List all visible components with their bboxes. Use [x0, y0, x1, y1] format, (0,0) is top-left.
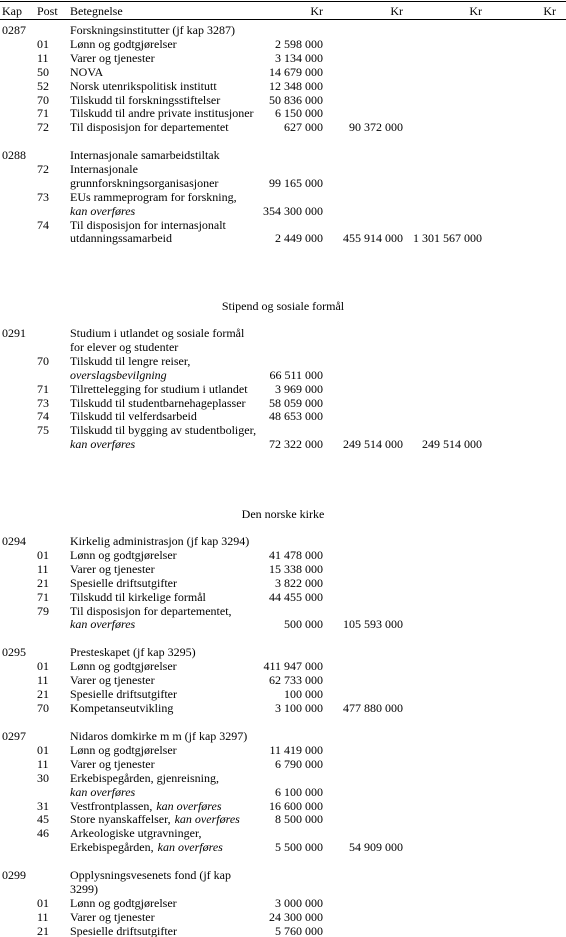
- item-description: Kompetanseutvikling: [70, 701, 173, 715]
- item-description-text: NOVA: [70, 65, 103, 79]
- amount-c1: 16 600 000: [213, 799, 323, 813]
- kap-number: 0294: [2, 534, 26, 548]
- item-description: Til disposisjon for departementet,: [70, 604, 232, 618]
- item-description: NOVA: [70, 65, 103, 79]
- amount-c1: 12 348 000: [213, 79, 323, 93]
- item-description: Lønn og godtgjørelser: [70, 548, 177, 562]
- item-description-text: Til disposisjon for departementet: [70, 120, 229, 134]
- post-number: 79: [37, 604, 49, 618]
- item-description: 3299): [70, 882, 98, 896]
- item-description: kan overføres: [70, 204, 135, 218]
- amount-c3: 249 514 000: [372, 437, 482, 451]
- item-description-text: Til disposisjon for internasjonalt: [70, 218, 226, 232]
- amount-c1: 3 969 000: [213, 382, 323, 396]
- item-description-text: Varer og tjenester: [70, 757, 155, 771]
- post-number: 11: [37, 673, 49, 687]
- item-description: kan overføres: [70, 617, 135, 631]
- item-description: Varer og tjenester: [70, 562, 155, 576]
- item-description: Studium i utlandet og sosiale formål: [70, 326, 244, 340]
- post-number: 01: [37, 659, 49, 673]
- amount-c1: 6 150 000: [213, 106, 323, 120]
- budget-table-page: Kap Post Betegnelse Kr Kr Kr Kr 0287Fors…: [0, 0, 566, 937]
- item-description-text: Kompetanseutvikling: [70, 701, 173, 715]
- kap-number: 0299: [2, 868, 26, 882]
- item-description-text: 3299): [70, 882, 98, 896]
- kap-number: 0288: [2, 148, 26, 162]
- amount-c1: 44 455 000: [213, 590, 323, 604]
- amount-c1: 5 760 000: [213, 924, 323, 937]
- item-description: Spesielle driftsutgifter: [70, 924, 177, 937]
- item-description-text: Internasjonale: [70, 162, 138, 176]
- item-description-text: Varer og tjenester: [70, 673, 155, 687]
- post-number: 72: [37, 120, 49, 134]
- item-description-text: Tilskudd til velferdsarbeid: [70, 409, 197, 423]
- post-number: 73: [37, 396, 49, 410]
- item-description-text: Erkebispegården,: [70, 840, 154, 854]
- column-header-kr-4: Kr: [446, 4, 556, 18]
- item-description: Internasjonale samarbeidstiltak: [70, 148, 220, 162]
- post-number: 01: [37, 37, 49, 51]
- amount-c1: 6 790 000: [213, 757, 323, 771]
- item-description: Vestfrontplassen,kan overføres: [70, 799, 222, 813]
- item-description-text: Arkeologiske utgravninger,: [70, 826, 201, 840]
- post-number: 46: [37, 826, 49, 840]
- item-description-text: utdanningssamarbeid: [70, 231, 172, 245]
- amount-c1: 2 598 000: [213, 37, 323, 51]
- item-description-text: Spesielle driftsutgifter: [70, 924, 177, 937]
- item-description: Til disposisjon for internasjonalt: [70, 218, 226, 232]
- kap-number: 0295: [2, 645, 26, 659]
- column-header-post: Post: [37, 4, 58, 18]
- item-description-text: Vestfrontplassen,: [70, 799, 152, 813]
- amount-c1: 8 500 000: [213, 812, 323, 826]
- item-description: Nidaros domkirke m m (jf kap 3297): [70, 729, 247, 743]
- amount-c1: 11 419 000: [213, 743, 323, 757]
- post-number: 71: [37, 590, 49, 604]
- amount-c1: 3 000 000: [213, 896, 323, 910]
- post-number: 73: [37, 190, 49, 204]
- post-number: 01: [37, 743, 49, 757]
- post-number: 30: [37, 771, 49, 785]
- column-header-kap: Kap: [2, 4, 22, 18]
- amount-c1: 41 478 000: [213, 548, 323, 562]
- item-description-text: Internasjonale samarbeidstiltak: [70, 148, 220, 162]
- item-description-text: kan overføres: [70, 785, 135, 799]
- item-description: Lønn og godtgjørelser: [70, 896, 177, 910]
- post-number: 01: [37, 548, 49, 562]
- post-number: 71: [37, 106, 49, 120]
- amount-c1: 66 511 000: [213, 368, 323, 382]
- amount-c2: 90 372 000: [293, 120, 403, 134]
- transfer-note: kan overføres: [156, 799, 221, 813]
- item-description-text: Studium i utlandet og sosiale formål: [70, 326, 244, 340]
- item-description-text: Til disposisjon for departementet,: [70, 604, 232, 618]
- item-description-text: Lønn og godtgjørelser: [70, 896, 177, 910]
- post-number: 11: [37, 51, 49, 65]
- item-description-text: Tilskudd til lengre reiser,: [70, 354, 190, 368]
- item-description-text: grunnforskningsorganisasjoner: [70, 176, 218, 190]
- item-description: Varer og tjenester: [70, 673, 155, 687]
- post-number: 70: [37, 93, 49, 107]
- item-description: Forskningsinstitutter (jf kap 3287): [70, 23, 235, 37]
- post-number: 70: [37, 701, 49, 715]
- item-description: Presteskapet (jf kap 3295): [70, 645, 196, 659]
- post-number: 71: [37, 382, 49, 396]
- post-number: 70: [37, 354, 49, 368]
- section-title: Stipend og sosiale formål: [0, 299, 566, 313]
- amount-c1: 24 300 000: [213, 910, 323, 924]
- item-description: Spesielle driftsutgifter: [70, 687, 177, 701]
- kap-number: 0291: [2, 326, 26, 340]
- amount-c1: 48 653 000: [213, 409, 323, 423]
- item-description-text: Presteskapet (jf kap 3295): [70, 645, 196, 659]
- section-title: Den norske kirke: [0, 507, 566, 521]
- item-description: Tilskudd til lengre reiser,: [70, 354, 190, 368]
- item-description: Tilskudd til kirkelige formål: [70, 590, 206, 604]
- amount-c3: 1 301 567 000: [372, 231, 482, 245]
- item-description: kan overføres: [70, 437, 135, 451]
- item-description: Til disposisjon for departementet: [70, 120, 229, 134]
- item-description-text: kan overføres: [70, 437, 135, 451]
- item-description-text: overslagsbevilgning: [70, 368, 167, 382]
- post-number: 11: [37, 562, 49, 576]
- amount-c1: 3 134 000: [213, 51, 323, 65]
- amount-c2: 54 909 000: [293, 840, 403, 854]
- item-description: Lønn og godtgjørelser: [70, 37, 177, 51]
- item-description: Erkebispegården, gjenreisning,: [70, 771, 219, 785]
- item-description-text: Kirkelig administrasjon (jf kap 3294): [70, 534, 249, 548]
- post-number: 01: [37, 896, 49, 910]
- amount-c2: 105 593 000: [293, 617, 403, 631]
- item-description: Spesielle driftsutgifter: [70, 576, 177, 590]
- amount-c1: 354 300 000: [213, 204, 323, 218]
- item-description-text: Nidaros domkirke m m (jf kap 3297): [70, 729, 247, 743]
- item-description: for elever og studenter: [70, 340, 178, 354]
- item-description: Tilskudd til velferdsarbeid: [70, 409, 197, 423]
- amount-c1: 411 947 000: [213, 659, 323, 673]
- item-description: overslagsbevilgning: [70, 368, 167, 382]
- amount-c1: 14 679 000: [213, 65, 323, 79]
- item-description-text: Lønn og godtgjørelser: [70, 659, 177, 673]
- column-header-betegnelse: Betegnelse: [70, 4, 123, 18]
- item-description-text: kan overføres: [70, 204, 135, 218]
- item-description-text: Opplysningsvesenets fond (jf kap: [70, 868, 231, 882]
- item-description-text: Forskningsinstitutter (jf kap 3287): [70, 23, 235, 37]
- item-description: Varer og tjenester: [70, 51, 155, 65]
- item-description-text: Varer og tjenester: [70, 562, 155, 576]
- item-description: Kirkelig administrasjon (jf kap 3294): [70, 534, 249, 548]
- item-description-text: Lønn og godtgjørelser: [70, 548, 177, 562]
- item-description: kan overføres: [70, 785, 135, 799]
- amount-c1: 62 733 000: [213, 673, 323, 687]
- amount-c1: 99 165 000: [213, 176, 323, 190]
- item-description-text: Tilskudd til forskningsstiftelser: [70, 93, 220, 107]
- item-description: Opplysningsvesenets fond (jf kap: [70, 868, 231, 882]
- item-description-text: Varer og tjenester: [70, 910, 155, 924]
- header-top-rule: [0, 1, 566, 2]
- post-number: 74: [37, 218, 49, 232]
- post-number: 52: [37, 79, 49, 93]
- item-description-text: Spesielle driftsutgifter: [70, 576, 177, 590]
- item-description: Lønn og godtgjørelser: [70, 743, 177, 757]
- item-description: Internasjonale: [70, 162, 138, 176]
- item-description-text: for elever og studenter: [70, 340, 178, 354]
- post-number: 11: [37, 757, 49, 771]
- item-description: Varer og tjenester: [70, 757, 155, 771]
- item-description-text: EUs rammeprogram for forskning,: [70, 190, 237, 204]
- item-description: Lønn og godtgjørelser: [70, 659, 177, 673]
- post-number: 11: [37, 910, 49, 924]
- kap-number: 0287: [2, 23, 26, 37]
- item-description-text: Spesielle driftsutgifter: [70, 687, 177, 701]
- item-description: EUs rammeprogram for forskning,: [70, 190, 237, 204]
- item-description-text: Tilskudd til kirkelige formål: [70, 590, 206, 604]
- post-number: 75: [37, 423, 49, 437]
- amount-c1: 15 338 000: [213, 562, 323, 576]
- kap-number: 0297: [2, 729, 26, 743]
- item-description-text: kan overføres: [70, 617, 135, 631]
- post-number: 72: [37, 162, 49, 176]
- item-description: Tilskudd til forskningsstiftelser: [70, 93, 220, 107]
- post-number: 21: [37, 576, 49, 590]
- post-number: 31: [37, 799, 49, 813]
- amount-c1: 3 822 000: [213, 576, 323, 590]
- item-description: Varer og tjenester: [70, 910, 155, 924]
- item-description: grunnforskningsorganisasjoner: [70, 176, 218, 190]
- item-description: Erkebispegården,kan overføres: [70, 840, 223, 854]
- item-description-text: Varer og tjenester: [70, 51, 155, 65]
- amount-c1: 6 100 000: [213, 785, 323, 799]
- item-description-text: Norsk utenrikspolitisk institutt: [70, 79, 217, 93]
- item-description-text: Lønn og godtgjørelser: [70, 743, 177, 757]
- post-number: 74: [37, 409, 49, 423]
- post-number: 21: [37, 924, 49, 937]
- item-description-text: Store nyanskaffelser,: [70, 812, 171, 826]
- post-number: 21: [37, 687, 49, 701]
- item-description-text: Lønn og godtgjørelser: [70, 37, 177, 51]
- item-description-text: Tilskudd til bygging av studentboliger,: [70, 423, 256, 437]
- amount-c1: 58 059 000: [213, 396, 323, 410]
- item-description: Norsk utenrikspolitisk institutt: [70, 79, 217, 93]
- amount-c1: 100 000: [213, 687, 323, 701]
- item-description: utdanningssamarbeid: [70, 231, 172, 245]
- post-number: 45: [37, 812, 49, 826]
- item-description-text: Erkebispegården, gjenreisning,: [70, 771, 219, 785]
- header-bottom-rule: [0, 19, 566, 20]
- amount-c2: 477 880 000: [293, 701, 403, 715]
- item-description: Arkeologiske utgravninger,: [70, 826, 201, 840]
- item-description: Tilskudd til bygging av studentboliger,: [70, 423, 256, 437]
- amount-c1: 50 836 000: [213, 93, 323, 107]
- post-number: 50: [37, 65, 49, 79]
